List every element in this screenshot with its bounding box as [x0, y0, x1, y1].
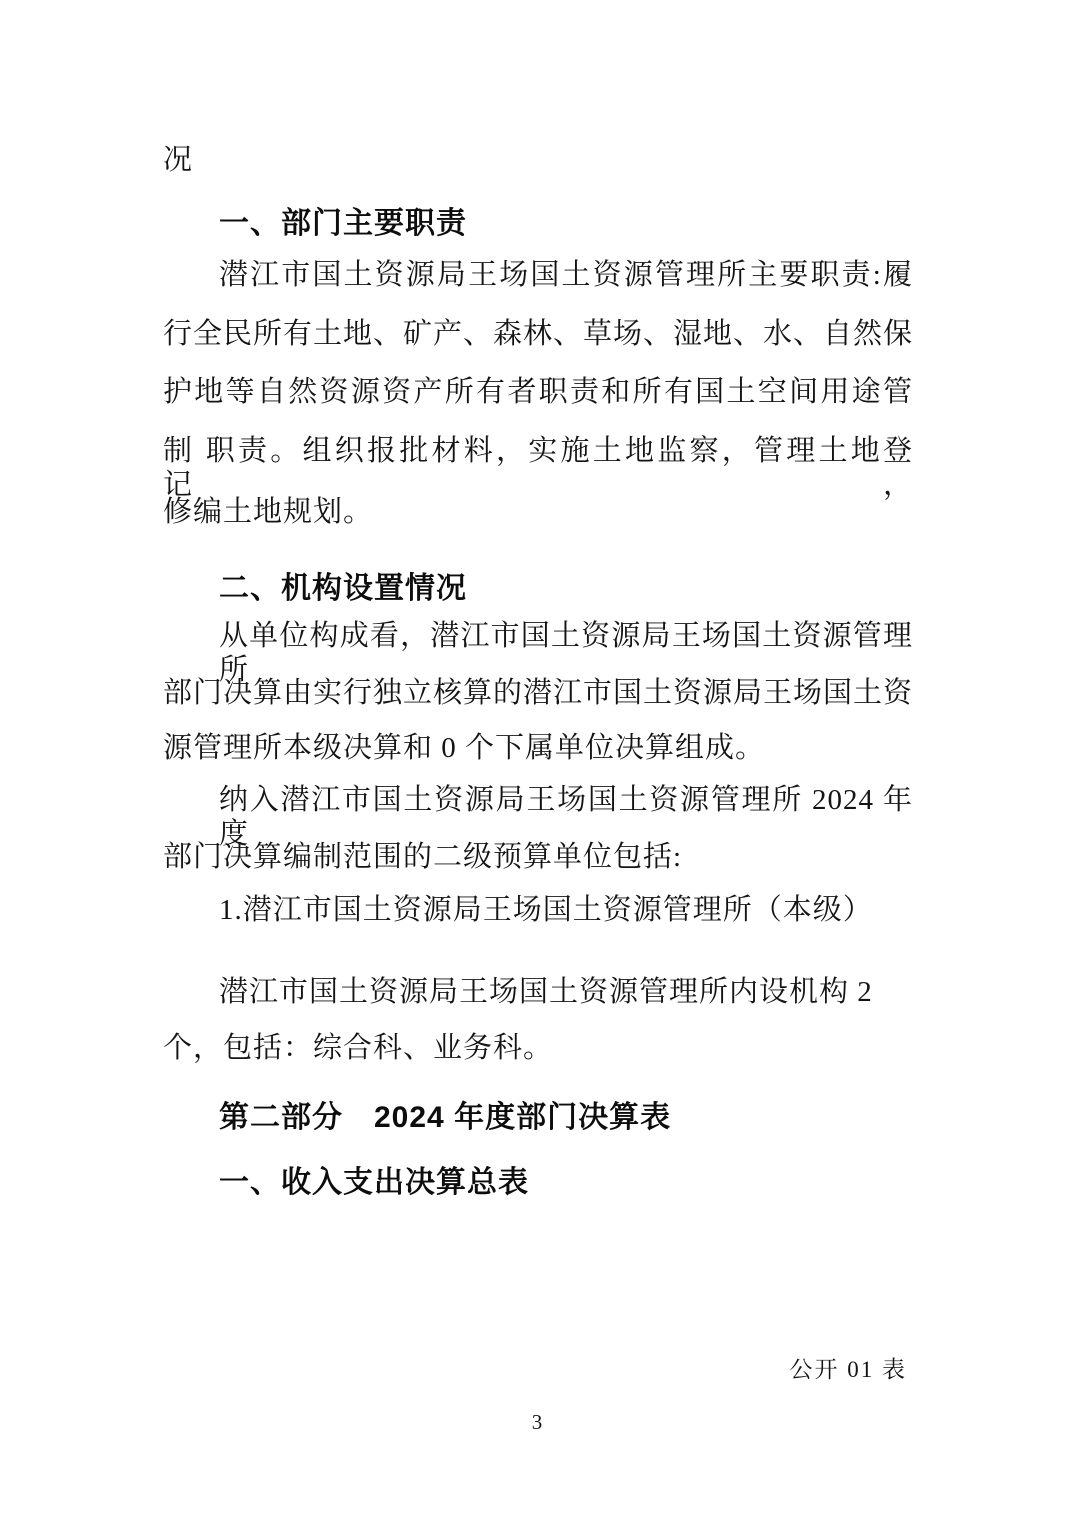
part-2-heading: 第二部分 2024 年度部门决算表: [219, 1101, 671, 1135]
section-2-paragraph-line: 潜江市国土资源局王场国土资源管理所内设机构 2: [219, 975, 873, 1009]
section-1-paragraph-line: 潜江市国土资源局王场国土资源管理所主要职责:履: [219, 258, 913, 292]
section-1-paragraph-line: 护地等自然资源资产所有者职责和所有国土空间用途管: [163, 375, 913, 409]
section-1-paragraph-line: 行全民所有土地、矿产、森林、草场、湿地、水、自然保: [163, 317, 913, 351]
part-2-subheading: 一、收入支出决算总表: [219, 1166, 529, 1200]
table-public-label: 公开 01 表: [790, 1351, 908, 1384]
section-1-paragraph-line: 修编土地规划。: [163, 495, 373, 529]
section-1-heading: 一、部门主要职责: [219, 207, 467, 241]
section-2-paragraph-line: 源管理所本级决算和 0 个下属单位决算组成。: [163, 731, 765, 765]
section-2-heading: 二、机构设置情况: [219, 572, 467, 606]
carryover-text: 况: [163, 143, 193, 177]
document-page: 况 一、部门主要职责 潜江市国土资源局王场国土资源管理所主要职责:履 行全民所有…: [0, 0, 1074, 1520]
section-2-paragraph-line: 部门决算由实行独立核算的潜江市国土资源局王场国土资: [163, 676, 913, 710]
section-2-paragraph-line: 部门决算编制范围的二级预算单位包括:: [163, 840, 682, 874]
section-1-paragraph-line: 制 职责。组织报批材料，实施土地监察，管理土地登记，: [163, 434, 913, 502]
page-number: 3: [0, 1410, 1074, 1435]
budget-unit-list-item: 1.潜江市国土资源局王场国土资源管理所（本级）: [219, 893, 873, 927]
section-2-paragraph-line: 个，包括：综合科、业务科。: [163, 1031, 553, 1065]
